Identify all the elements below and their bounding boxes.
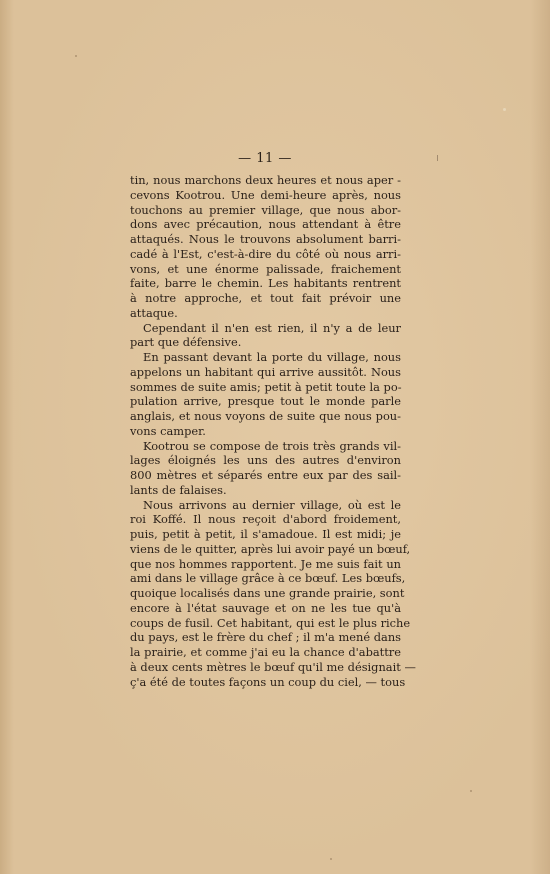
text-line: dons avec précaution, nous attendant à ê… xyxy=(130,217,401,232)
text-line: roi Koffé. Il nous reçoit d'abord froide… xyxy=(130,512,401,527)
text-line: touchons au premier village, que nous ab… xyxy=(130,203,401,218)
page-number: — 11 — xyxy=(0,151,530,166)
text-line: vons camper. xyxy=(130,424,401,439)
text-line: attaqués. Nous le trouvons absolument ba… xyxy=(130,232,401,247)
text-line: cadé à l'Est, c'est-à-dire du côté où no… xyxy=(130,247,401,262)
text-line: coups de fusil. Cet habitant, qui est le… xyxy=(130,616,401,631)
text-line: faite, barre le chemin. Les habitants re… xyxy=(130,276,401,291)
text-line: lages éloignés les uns des autres d'envi… xyxy=(130,453,401,468)
text-line: attaque. xyxy=(130,306,401,321)
paper-speck xyxy=(330,858,332,860)
text-line: encore à l'état sauvage et on ne les tue… xyxy=(130,601,401,616)
text-line: En passant devant la porte du village, n… xyxy=(130,350,401,365)
text-line: part que défensive. xyxy=(130,335,401,350)
text-line: cevons Kootrou. Une demi-heure après, no… xyxy=(130,188,401,203)
text-line: Nous arrivons au dernier village, où est… xyxy=(130,498,401,513)
text-line: viens de le quitter, après lui avoir pay… xyxy=(130,542,401,557)
text-line: Cependant il n'en est rien, il n'y a de … xyxy=(130,321,401,336)
text-line: vons, et une énorme palissade, fraicheme… xyxy=(130,262,401,277)
text-line: ami dans le village grâce à ce bœuf. Les… xyxy=(130,571,401,586)
text-line: à deux cents mètres le bœuf qu'il me dés… xyxy=(130,660,401,675)
text-line: la prairie, et comme j'ai eu la chance d… xyxy=(130,645,401,660)
text-line: à notre approche, et tout fait prévoir u… xyxy=(130,291,401,306)
paper-speck xyxy=(470,790,472,792)
text-line: Kootrou se compose de trois très grands … xyxy=(130,439,401,454)
text-line: puis, petit à petit, il s'amadoue. Il es… xyxy=(130,527,401,542)
text-line: 800 mètres et séparés entre eux par des … xyxy=(130,468,401,483)
text-line: sommes de suite amis; petit à petit tout… xyxy=(130,380,401,395)
paper-speck xyxy=(75,55,77,57)
book-page: — 11 — tin, nous marchons deux heures et… xyxy=(0,0,550,874)
body-text: tin, nous marchons deux heures et nous a… xyxy=(130,173,401,689)
text-line: lants de falaises. xyxy=(130,483,401,498)
text-line: quoique localisés dans une grande prairi… xyxy=(130,586,401,601)
paper-speck xyxy=(503,108,506,111)
text-line: anglais, et nous voyons de suite que nou… xyxy=(130,409,401,424)
text-line: appelons un habitant qui arrive aussitôt… xyxy=(130,365,401,380)
text-line: que nos hommes rapportent. Je me suis fa… xyxy=(130,557,401,572)
text-line: ç'a été de toutes façons un coup du ciel… xyxy=(130,675,401,690)
text-line: pulation arrive, presque tout le monde p… xyxy=(130,394,401,409)
text-line: tin, nous marchons deux heures et nous a… xyxy=(130,173,401,188)
paper-speck xyxy=(437,155,438,161)
text-line: du pays, est le frère du chef ; il m'a m… xyxy=(130,630,401,645)
